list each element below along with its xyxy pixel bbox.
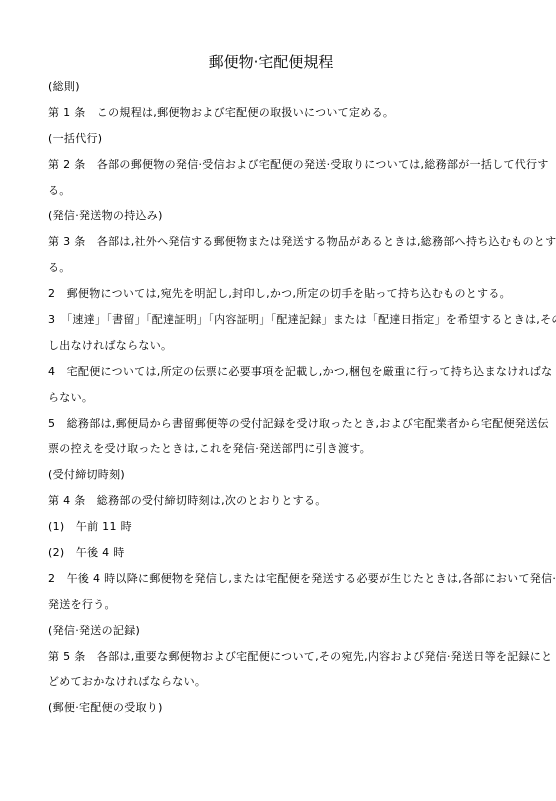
section-heading: (受付締切時刻) [48, 466, 508, 492]
section-heading: (一括代行) [48, 130, 508, 156]
article-5: 第 5 条 各部は,重要な郵便物および宅配便について,その宛先,内容および発信·… [48, 648, 508, 674]
section-heading: (総則) [48, 78, 508, 104]
article-4-item-1: (1) 午前 11 時 [48, 518, 508, 544]
document-title: 郵便物·宅配便規程 [0, 52, 542, 72]
article-2: 第 2 条 各部の郵便物の発信·受信および宅配便の発送·受取りについては,総務部… [48, 156, 508, 182]
article-3-continued: る。 [48, 259, 508, 285]
article-3-paragraph-3-continued: し出なければならない。 [48, 337, 508, 363]
article-3-paragraph-5: 5 総務部は,郵便局から書留郵便等の受付記録を受け取ったとき,および宅配業者から… [48, 415, 508, 441]
section-heading: (発信·発送の記録) [48, 622, 508, 648]
article-3-paragraph-4-continued: らない。 [48, 389, 508, 415]
article-3-paragraph-3: 3 「速達」「書留」「配達証明」「内容証明」「配達記録」または「配達日指定」を希… [48, 311, 508, 337]
article-3-paragraph-2: 2 郵便物については,宛先を明記し,封印し,かつ,所定の切手を貼って持ち込むもの… [48, 285, 508, 311]
article-1: 第 1 条 この規程は,郵便物および宅配便の取扱いについて定める。 [48, 104, 508, 130]
article-4-paragraph-2-continued: 発送を行う。 [48, 596, 508, 622]
document-body: (総則) 第 1 条 この規程は,郵便物および宅配便の取扱いについて定める。 (… [48, 78, 508, 725]
article-4-item-2: (2) 午後 4 時 [48, 544, 508, 570]
section-heading: (発信·発送物の持込み) [48, 207, 508, 233]
section-heading: (郵便·宅配便の受取り) [48, 699, 508, 725]
article-2-continued: る。 [48, 182, 508, 208]
article-5-continued: どめておかなければならない。 [48, 673, 508, 699]
article-3-paragraph-4: 4 宅配便については,所定の伝票に必要事項を記載し,かつ,梱包を厳重に行って持ち… [48, 363, 508, 389]
article-4-paragraph-2: 2 午後 4 時以降に郵便物を発信し,または宅配便を発送する必要が生じたときは,… [48, 570, 508, 596]
article-4: 第 4 条 総務部の受付締切時刻は,次のとおりとする。 [48, 492, 508, 518]
article-3-paragraph-5-continued: 票の控えを受け取ったときは,これを発信·発送部門に引き渡す。 [48, 440, 508, 466]
article-3: 第 3 条 各部は,社外へ発信する郵便物または発送する物品があるときは,総務部へ… [48, 233, 508, 259]
